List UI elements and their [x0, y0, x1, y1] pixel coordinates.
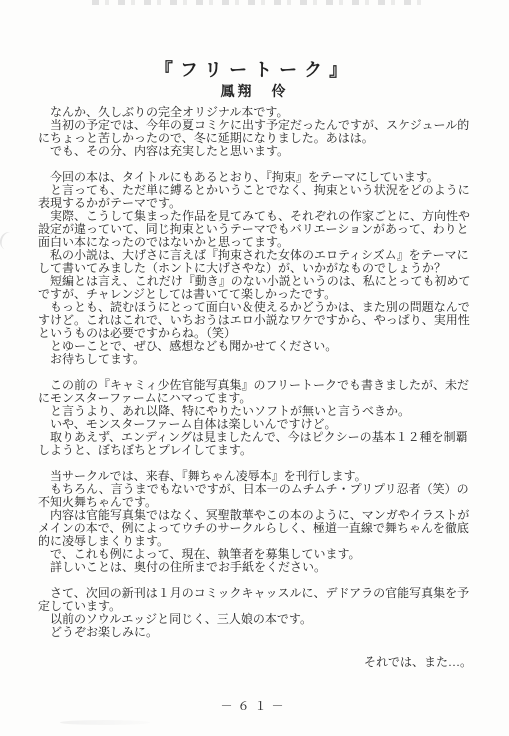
scan-artifact-top-edge	[92, 0, 422, 5]
text-line: お待ちしてます。	[38, 353, 490, 366]
text-section-1: なんか、久しぶりの完全オリジナル本です。 当初の予定では、今年の夏コミケに出す予…	[38, 106, 490, 158]
closing-line: それでは、また…。	[38, 653, 484, 670]
page-title: 『フリートーク』	[0, 56, 509, 82]
text-section-2: 今回の本は、タイトルにもあるとおり、『拘束』をテーマにしています。 と言っても、…	[38, 171, 490, 366]
text-section-3: この前の『キャミィ少佐官能写真集』のフリートークでも書きましたが、未だにモンスタ…	[38, 379, 490, 457]
author-name: 鳳翔 伶	[0, 81, 509, 101]
body-text: なんか、久しぶりの完全オリジナル本です。 当初の予定では、今年の夏コミケに出す予…	[38, 106, 490, 652]
scan-artifact-left-smudge	[0, 230, 18, 252]
text-line: どうぞお楽しみに。	[38, 626, 490, 639]
text-line: でも、その分、内容は充実したと思います。	[38, 145, 490, 158]
text-section-5: さて、次回の新刊は１月のコミックキャッスルに、デドアラの官能写真集を予定していま…	[38, 587, 490, 639]
text-line: 詳しいことは、奥付の住所までお手紙をください。	[38, 561, 490, 574]
page-number: －６１－	[0, 697, 509, 714]
scanned-document-page: 『フリートーク』 鳳翔 伶 なんか、久しぶりの完全オリジナル本です。 当初の予定…	[0, 0, 509, 736]
scan-artifact-bottom-smudge	[60, 720, 150, 725]
text-section-4: 当サークルでは、来春、『舞ちゃん凌辱本』を刊行します。 もちろん、言うまでもない…	[38, 470, 490, 574]
text-line: しようと、ぼちぼちとプレイしてます。	[38, 444, 490, 457]
